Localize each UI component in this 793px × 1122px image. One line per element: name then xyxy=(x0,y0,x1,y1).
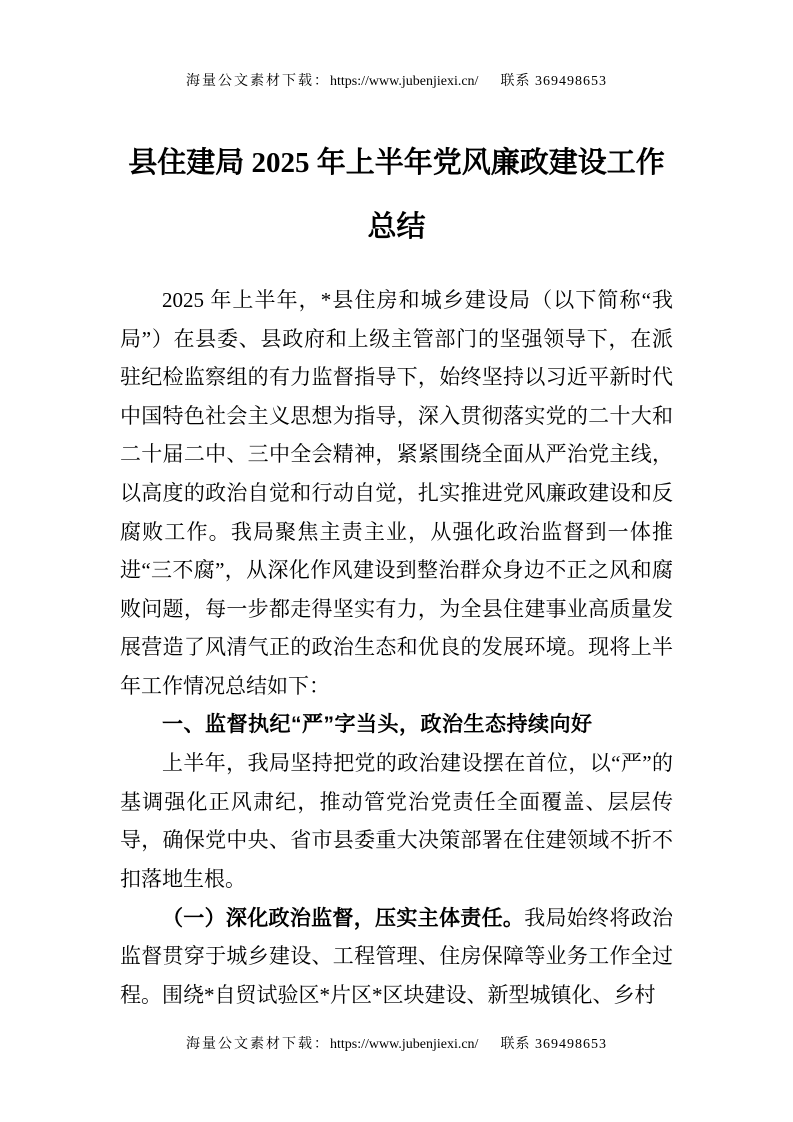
footer-url: https://www.jubenjiexi.cn/ xyxy=(330,1037,478,1052)
body-paragraph: （一）深化政治监督，压实主体责任。我局始终将政治监督贯穿于城乡建设、工程管理、住… xyxy=(120,899,673,1015)
document-body: 2025 年上半年，*县住房和城乡建设局（以下简称“我局”）在县委、县政府和上级… xyxy=(120,281,673,1014)
document-page: 海量公文素材下载：https://www.jubenjiexi.cn/联系 36… xyxy=(0,0,793,1122)
section-heading: 一、监督执纪“严”字当头，政治生态持续向好 xyxy=(120,706,673,745)
header-url: https://www.jubenjiexi.cn/ xyxy=(330,74,478,89)
page-header: 海量公文素材下载：https://www.jubenjiexi.cn/联系 36… xyxy=(0,70,793,90)
footer-contact: 联系 369498653 xyxy=(500,1037,607,1052)
body-paragraph: 2025 年上半年，*县住房和城乡建设局（以下简称“我局”）在县委、县政府和上级… xyxy=(120,281,673,706)
header-contact: 联系 369498653 xyxy=(500,74,607,89)
body-paragraph: 上半年，我局坚持把党的政治建设摆在首位，以“严”的基调强化正风肃纪，推动管党治党… xyxy=(120,744,673,898)
header-source-label: 海量公文素材下载： xyxy=(186,74,330,89)
document-title: 县住建局 2025 年上半年党风廉政建设工作 总结 xyxy=(120,131,673,259)
document-title-line1: 县住建局 2025 年上半年党风廉政建设工作 xyxy=(120,131,673,195)
document-title-line2: 总结 xyxy=(120,195,673,259)
paragraph-lead-bold: （一）深化政治监督，压实主体责任。 xyxy=(162,906,524,930)
footer-source-label: 海量公文素材下载： xyxy=(186,1037,330,1052)
page-footer: 海量公文素材下载：https://www.jubenjiexi.cn/联系 36… xyxy=(0,1033,793,1053)
